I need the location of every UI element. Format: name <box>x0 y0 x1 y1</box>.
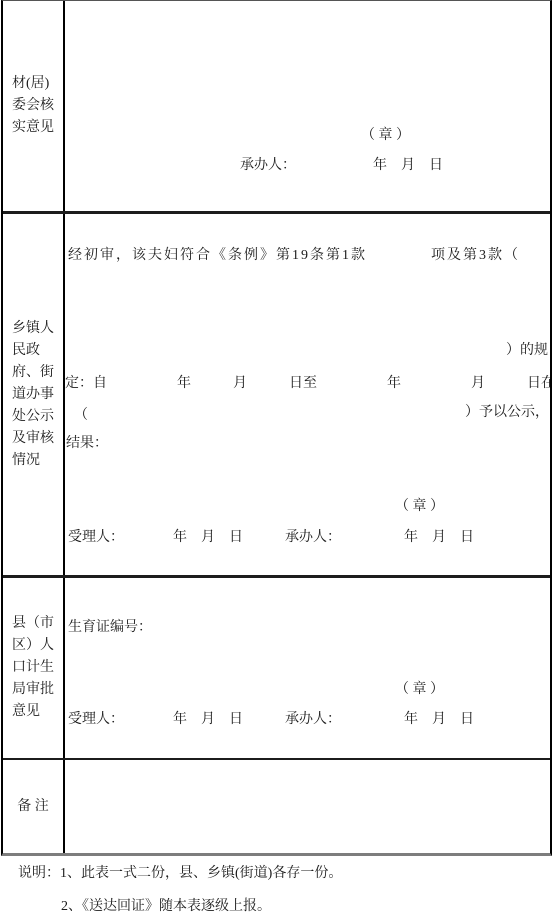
birth-certificate-number-label: 生育证编号： <box>68 619 152 637</box>
result-label: 结果： <box>66 435 108 453</box>
acceptor-undertaker-date-line: 受理人： 年 月 日 承办人： 年 月 日 <box>68 529 474 547</box>
preliminary-review-line: 经初审，该夫妇符合《条例》第19条第1款 项及第3款（ <box>68 247 520 265</box>
township-review-label: 乡镇人 民政 府、街 道办事 处公示 及审核 情况 <box>12 318 54 472</box>
content-village-committee: （ 章 ） 承办人： 年 月 日 <box>65 1 550 211</box>
approval-form-page: 材(居) 委会核 实意见 （ 章 ） 承办人： 年 月 日 乡镇人 民政 府、街… <box>0 0 553 917</box>
open-paren: （ <box>74 407 88 425</box>
seal-placeholder: （ 章 ） <box>395 681 444 699</box>
footnote-instruction-1: 说明：1、此表一式二份，县、乡镇(街道)各存一份。 <box>18 862 342 882</box>
seal-placeholder: （ 章 ） <box>395 498 444 516</box>
content-remarks <box>65 760 550 853</box>
row-village-committee-opinion: 材(居) 委会核 实意见 （ 章 ） 承办人： 年 月 日 <box>3 1 550 214</box>
row-county-approval: 县（市 区）人 口计生 局审批 意见 生育证编号： （ 章 ） 受理人： 年 月… <box>3 578 550 760</box>
footnote-instruction-2: 2、《送达回证》随本表逐级上报。 <box>61 895 271 915</box>
content-township-review: 经初审，该夫妇符合《条例》第19条第1款 项及第3款（ ）的规 定：自 年 月 … <box>65 214 550 575</box>
publicity-period-line: 定：自 年 月 日至 年 月 日在 <box>65 375 550 393</box>
row-remarks: 备 注 <box>3 760 550 853</box>
acceptor-undertaker-date-line: 受理人： 年 月 日 承办人： 年 月 日 <box>68 711 474 729</box>
review-line-wrap: ）的规 <box>506 342 548 360</box>
undertaker-date-line: 承办人： 年 月 日 <box>240 157 443 175</box>
label-cell-village-committee: 材(居) 委会核 实意见 <box>3 1 65 211</box>
remarks-label: 备 注 <box>17 796 49 818</box>
approval-form-table: 材(居) 委会核 实意见 （ 章 ） 承办人： 年 月 日 乡镇人 民政 府、街… <box>1 0 552 856</box>
village-committee-label: 材(居) 委会核 实意见 <box>12 73 54 139</box>
seal-placeholder: （ 章 ） <box>361 127 410 145</box>
label-cell-remarks: 备 注 <box>3 760 65 853</box>
label-cell-township-review: 乡镇人 民政 府、街 道办事 处公示 及审核 情况 <box>3 214 65 575</box>
label-cell-county-approval: 县（市 区）人 口计生 局审批 意见 <box>3 578 65 758</box>
county-approval-label: 县（市 区）人 口计生 局审批 意见 <box>12 613 54 723</box>
content-county-approval: 生育证编号： （ 章 ） 受理人： 年 月 日 承办人： 年 月 日 <box>65 578 550 758</box>
publicity-close-line: ）予以公示， <box>465 404 549 422</box>
row-township-review: 乡镇人 民政 府、街 道办事 处公示 及审核 情况 经初审，该夫妇符合《条例》第… <box>3 214 550 578</box>
